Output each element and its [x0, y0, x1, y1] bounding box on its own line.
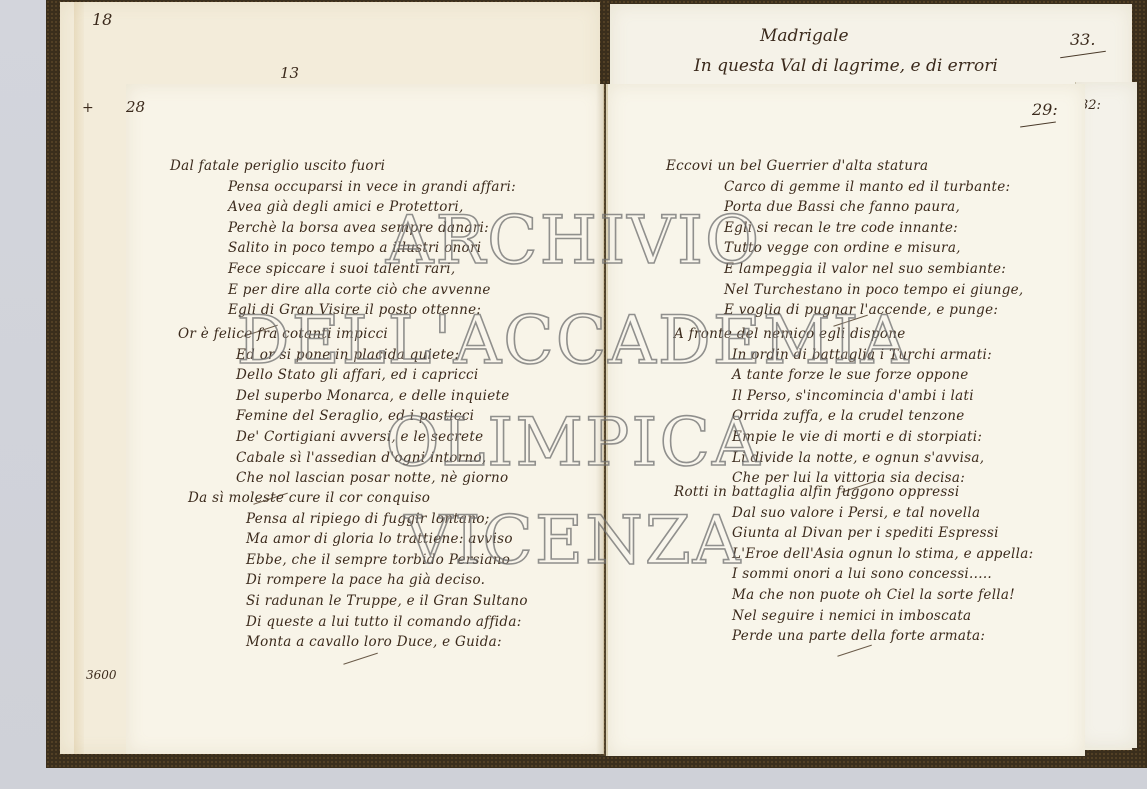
verse-line: Porta due Bassi che fanno paura, — [724, 197, 1024, 218]
back-left-folio: 18 — [92, 10, 112, 29]
verse-line: Rotti in battaglia alfin fuggono oppress… — [674, 482, 1033, 503]
verse-line: Da sì moleste cure il cor conquiso — [188, 488, 528, 509]
verse-line: Dal fatale periglio uscito fuori — [170, 156, 516, 177]
stanza-3: Da sì moleste cure il cor conquiso Pensa… — [188, 488, 528, 653]
verse-line: Salito in poco tempo a illustri onori — [228, 238, 516, 259]
verse-line: Egli si recan le tre code innante: — [724, 218, 1024, 239]
verse-line: E lampeggia il valor nel suo sembiante: — [724, 259, 1024, 280]
verse-line: Giunta al Divan per i spediti Espressi — [732, 523, 1033, 544]
verse-line: In ordin di battaglia i Turchi armati: — [732, 345, 992, 366]
front-right-page: 29: Eccovi un bel Guerrier d'alta statur… — [606, 84, 1085, 756]
verse-line: Di rompere la pace ha già deciso. — [246, 570, 528, 591]
verse-line: Perchè la borsa avea sempre danari: — [228, 218, 516, 239]
verse-line: E per dire alla corte ciò che avvenne — [228, 280, 516, 301]
madrigale-heading: Madrigale — [760, 26, 849, 46]
verse-line: A fronte del nemico egli dispone — [674, 324, 992, 345]
verse-line: Ed or si pone in placida quiete: — [236, 345, 510, 366]
folio-underline — [1060, 51, 1106, 58]
verse-line: L'Eroe dell'Asia ognun lo stima, e appel… — [732, 544, 1033, 565]
verse-line: Carco di gemme il manto ed il turbante: — [724, 177, 1024, 198]
verse-line: Nel seguire i nemici in imboscata — [732, 606, 1033, 627]
folio-underline — [1020, 121, 1056, 127]
verse-line: Ebbe, che il sempre torbido Persiano — [246, 550, 528, 571]
madrigale-first-line: In questa Val di lagrime, e di errori — [694, 56, 998, 76]
front-right-folio: 29: — [1032, 100, 1058, 119]
verse-line: Avea già degli amici e Protettori, — [228, 197, 516, 218]
verse-line: Fece spiccare i suoi talenti rari, — [228, 259, 516, 280]
verse-line: Or è felice fra cotanti impicci — [178, 324, 510, 345]
stanza-4: Eccovi un bel Guerrier d'alta statura Ca… — [666, 156, 1024, 321]
verse-line: E voglia di pugnar l'accende, e punge: — [724, 300, 1024, 321]
verse-line: Ma amor di gloria lo trattiene: avviso — [246, 529, 528, 550]
verse-line: Il Perso, s'incomincia d'ambi i lati — [732, 386, 992, 407]
verse-line: Che nol lascian posar notte, nè giorno — [236, 468, 510, 489]
verse-line: Pensa occuparsi in vece in grandi affari… — [228, 177, 516, 198]
end-flourish — [343, 653, 380, 674]
verse-line: Empie le vie di morti e di storpiati: — [732, 427, 992, 448]
stanza-5: A fronte del nemico egli dispone In ordi… — [674, 324, 992, 489]
verse-line: Ma che non puote oh Ciel la sorte fella! — [732, 585, 1033, 606]
verse-line: Del superbo Monarca, e delle inquiete — [236, 386, 510, 407]
verse-line: Li divide la notte, e ognun s'avvisa, — [732, 448, 992, 469]
verse-line: Eccovi un bel Guerrier d'alta statura — [666, 156, 1024, 177]
verse-line: Orrida zuffa, e la crudel tenzone — [732, 406, 992, 427]
verse-line: Perde una parte della forte armata: — [732, 626, 1033, 647]
verse-line: Si radunan le Truppe, e il Gran Sultano — [246, 591, 528, 612]
bottom-margin-note: 3600 — [86, 668, 117, 682]
front-left-page: + 28 Dal fatale periglio uscito fuori Pe… — [126, 84, 604, 754]
stanza-6: Rotti in battaglia alfin fuggono oppress… — [674, 482, 1033, 647]
margin-mark: + — [82, 100, 94, 116]
verse-line: Monta a cavallo loro Duce, e Guida: — [246, 632, 528, 653]
verse-line: Dello Stato gli affari, ed i capricci — [236, 365, 510, 386]
end-flourish — [837, 645, 874, 666]
verse-line: Femine del Seraglio, ed i pasticci — [236, 406, 510, 427]
verse-line: Di queste a lui tutto il comando affida: — [246, 612, 528, 633]
verse-line: De' Cortigiani avversi, e le secrete — [236, 427, 510, 448]
verse-line: I sommi onori a lui sono concessi..... — [732, 564, 1033, 585]
back-left-page-number: 13 — [280, 64, 299, 82]
stanza-2: Or è felice fra cotanti impicci Ed or si… — [178, 324, 510, 489]
verse-line: Dal suo valore i Persi, e tal novella — [732, 503, 1033, 524]
verse-line: A tante forze le sue forze oppone — [732, 365, 992, 386]
verse-line: Cabale sì l'assedian d'ogni intorno, — [236, 448, 510, 469]
stanza-1: Dal fatale periglio uscito fuori Pensa o… — [170, 156, 516, 321]
verse-line: Pensa al ripiego di fuggir lontano; — [246, 509, 528, 530]
verse-line: Tutto vegge con ordine e misura, — [724, 238, 1024, 259]
verse-line: Nel Turchestano in poco tempo ei giunge, — [724, 280, 1024, 301]
front-left-folio-pencil: 28 — [126, 98, 145, 116]
verse-line: Egli di Gran Visire il posto ottenne: — [228, 300, 516, 321]
back-right-folio: 33. — [1070, 30, 1095, 49]
